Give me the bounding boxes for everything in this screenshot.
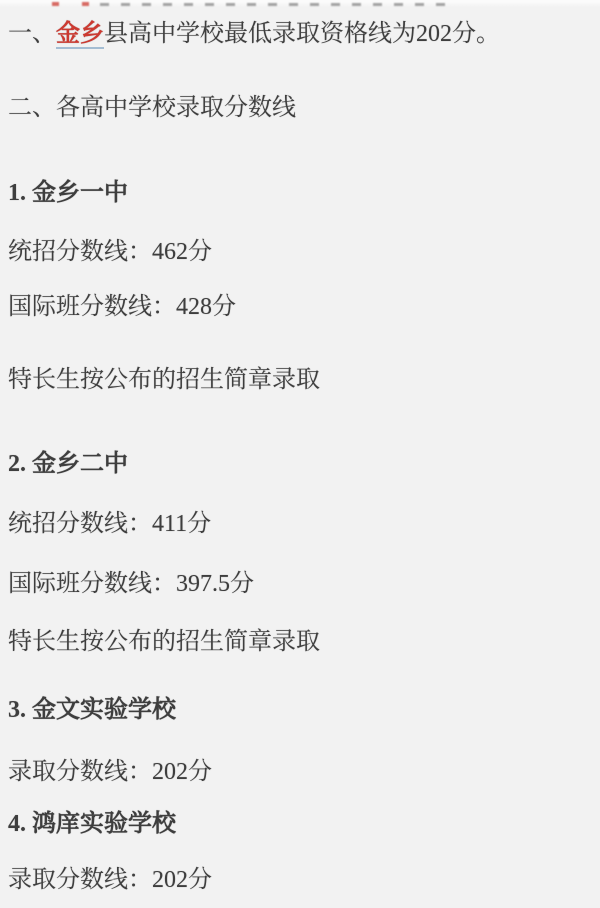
cropped-text-artifact <box>0 0 600 8</box>
school-2-unified-score-line: 统招分数线：411分 <box>8 510 590 538</box>
intro-paragraph: 一、金乡县高中学校最低录取资格线为202分。 <box>8 20 590 48</box>
school-4-admission-score-line: 录取分数线：202分 <box>8 866 590 894</box>
school-3-admission-score-line: 录取分数线：202分 <box>8 758 590 786</box>
article-page: 一、金乡县高中学校最低录取资格线为202分。 二、各高中学校录取分数线 1. 金… <box>0 0 600 908</box>
section-heading: 二、各高中学校录取分数线 <box>8 94 590 122</box>
cropped-red-text-artifact <box>52 2 98 6</box>
school-4-title: 4. 鸿庠实验学校 <box>8 810 590 838</box>
school-1-special-admission-line: 特长生按公布的招生简章录取 <box>8 366 590 394</box>
school-3-title: 3. 金文实验学校 <box>8 696 590 724</box>
school-2-international-score-line: 国际班分数线：397.5分 <box>8 570 590 598</box>
school-1-title: 1. 金乡一中 <box>8 179 590 207</box>
intro-prefix: 一、 <box>8 21 56 47</box>
school-2-title: 2. 金乡二中 <box>8 450 590 478</box>
school-2-special-admission-line: 特长生按公布的招生简章录取 <box>8 628 590 656</box>
school-1-international-score-line: 国际班分数线：428分 <box>8 293 590 321</box>
jinxiang-county-link[interactable]: 金乡 <box>56 21 104 49</box>
school-1-unified-score-line: 统招分数线：462分 <box>8 238 590 266</box>
intro-suffix: 县高中学校最低录取资格线为202分。 <box>104 21 500 47</box>
cropped-gray-text-artifact <box>100 3 445 6</box>
